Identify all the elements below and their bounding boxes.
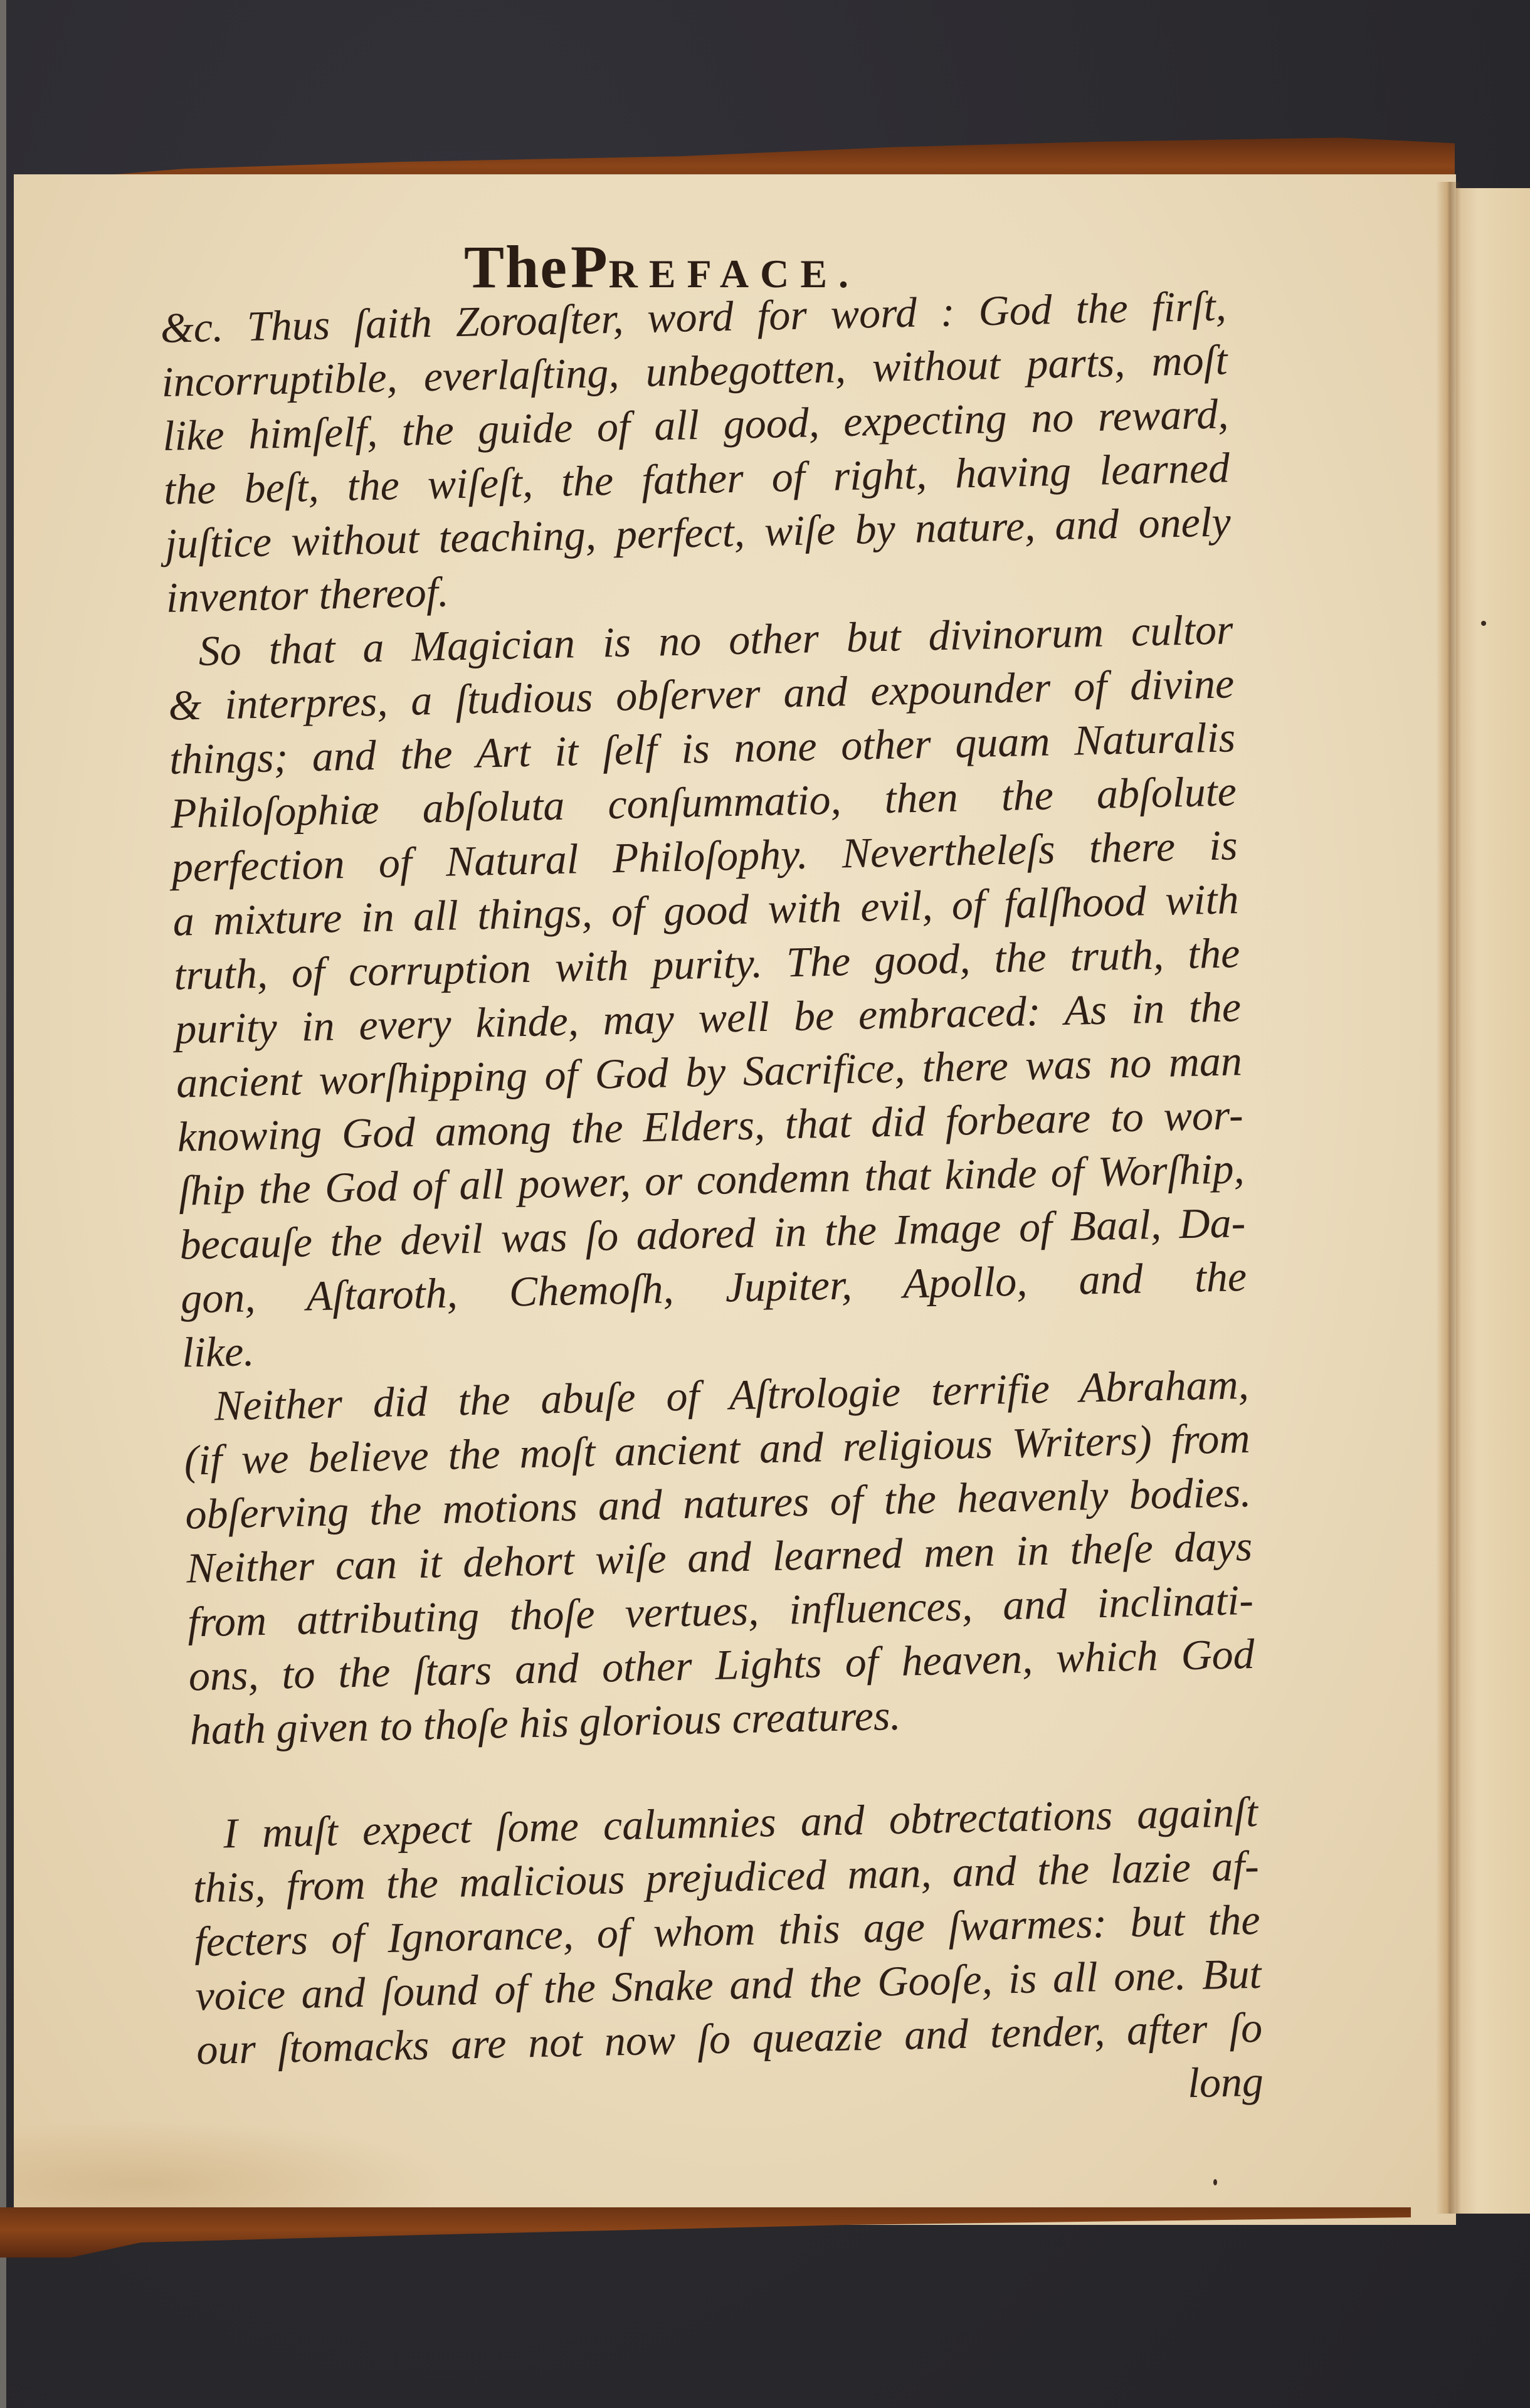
header-initial: P (571, 233, 609, 300)
page-fold-crease (1436, 182, 1461, 2214)
adjacent-page-edges (1456, 188, 1530, 2214)
preface-body-text: &c. Thus ſaith Zoroaſter, word for word … (160, 278, 1264, 2130)
ink-speck (1481, 621, 1486, 626)
scan-left-edge (0, 0, 6, 2408)
ink-speck (1213, 2179, 1217, 2185)
header-word-the: The (464, 233, 568, 300)
